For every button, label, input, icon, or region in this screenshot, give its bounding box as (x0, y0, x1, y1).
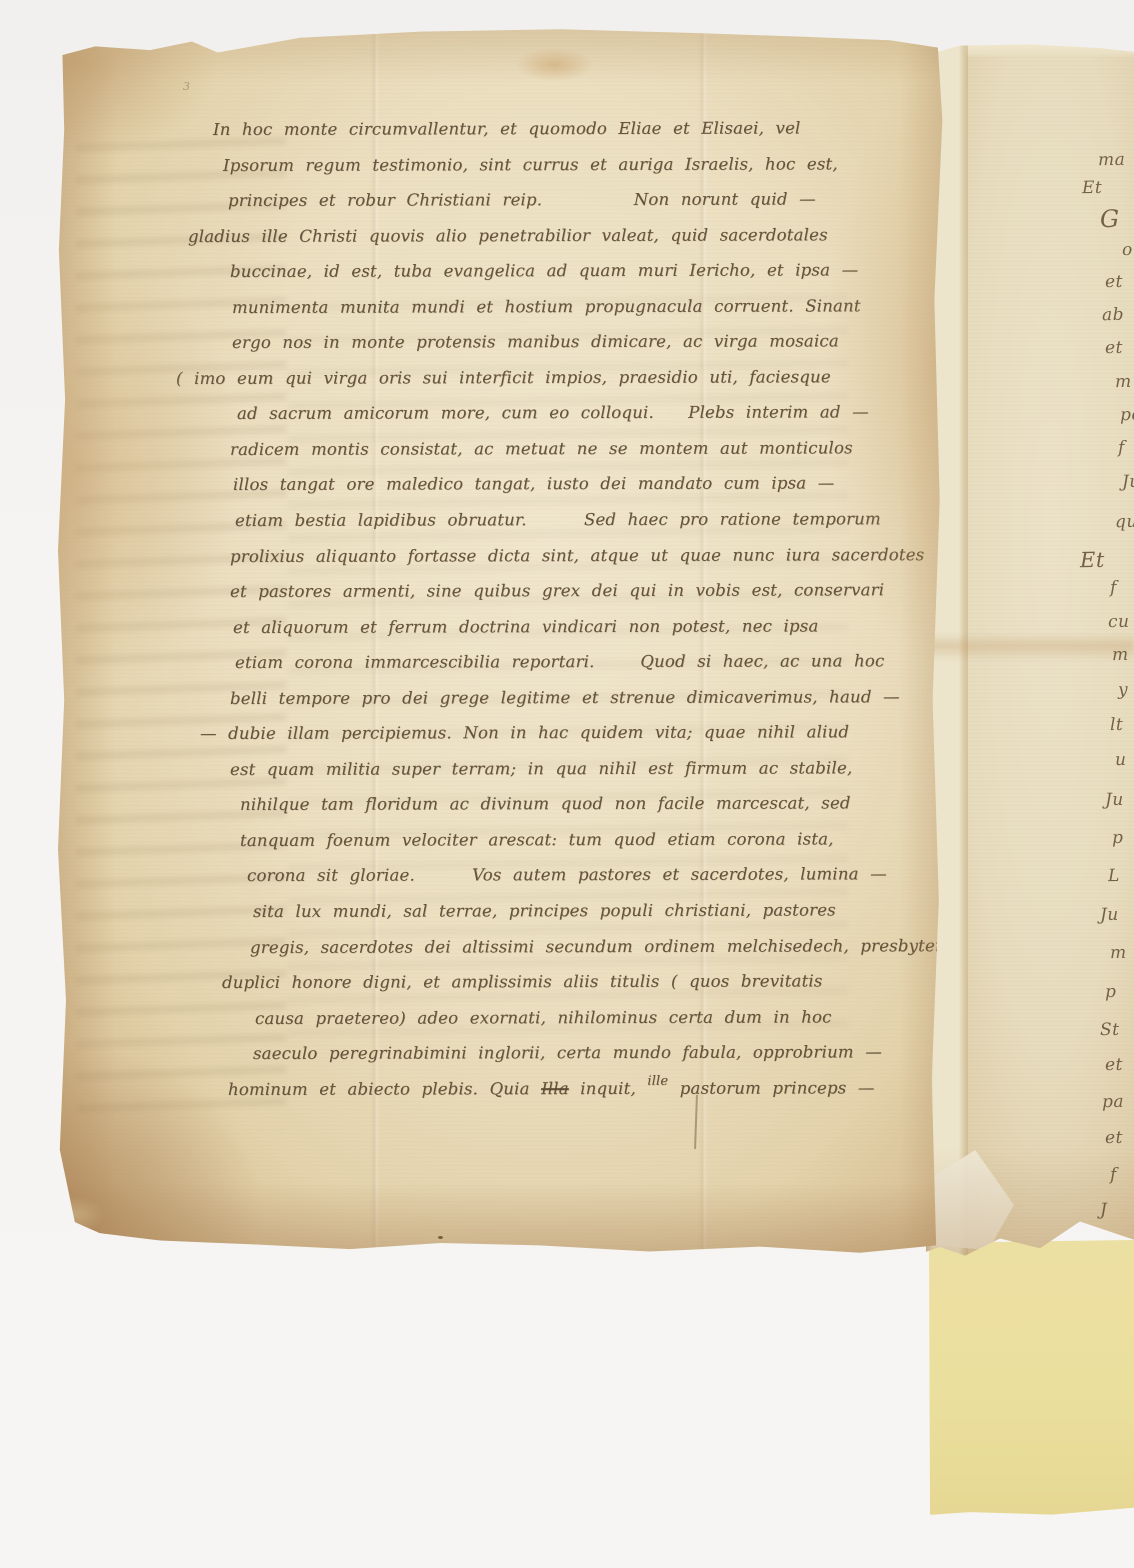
adjacent-page-fold-stain (926, 634, 1134, 660)
line-fragment: u (1115, 750, 1127, 770)
adjacent-page: ma Et G o et ab et m pe f Ju qu Et f cu … (926, 42, 1134, 1258)
superscript-correction: ille (647, 1074, 668, 1089)
line-fragment: cu (1108, 612, 1130, 632)
line-text: inquit, (569, 1079, 648, 1098)
manuscript-line: causa praetereo) adeo exornati, nihilomi… (255, 999, 942, 1036)
line-fragment: et (1105, 272, 1123, 292)
ink-speck (438, 1236, 443, 1239)
manuscript-line: est quam militia super terram; in qua ni… (230, 750, 942, 787)
manuscript-line: gregis, sacerdotes dei altissimi secundu… (250, 928, 942, 965)
line-fragment: m (1112, 645, 1129, 665)
manuscript-line: prolixius aliquanto fortasse dicta sint,… (230, 537, 942, 574)
page-number: 3 (183, 80, 190, 93)
manuscript-page: 3 In hoc monte circumvallentur, et quomo… (58, 28, 945, 1254)
line-fragment: m (1110, 943, 1127, 963)
line-fragment: L (1108, 866, 1120, 886)
manuscript-line: etiam corona immarcescibilia reportari. … (235, 643, 942, 680)
manuscript-line: duplici honore digni, et amplissimis ali… (222, 963, 942, 1000)
line-fragment: o (1122, 240, 1133, 260)
line-fragment: Ju (1122, 472, 1134, 492)
line-fragment: y (1118, 680, 1128, 700)
manuscript-line: principes et robur Christiani reip. Non … (228, 181, 942, 218)
line-fragment: Ju (1100, 905, 1119, 925)
handwritten-text-block: In hoc monte circumvallentur, et quomodo… (222, 112, 942, 1107)
line-fragment: f (1110, 1165, 1117, 1185)
manuscript-line: ( imo eum qui virga oris sui interficit … (176, 359, 942, 397)
line-fragment: ab (1102, 305, 1124, 325)
manuscript-line: sita lux mundi, sal terrae, principes po… (253, 892, 942, 929)
line-fragment: et (1105, 1055, 1123, 1075)
line-fragment: pe (1120, 405, 1134, 425)
manuscript-line: radicem montis consistat, ac metuat ne s… (230, 430, 942, 467)
line-fragment: p (1112, 828, 1124, 848)
manuscript-line: et pastores armenti, sine quibus grex de… (230, 572, 942, 609)
line-fragment: J (1100, 1200, 1108, 1220)
line-fragment: et (1105, 1128, 1123, 1148)
manuscript-line: munimenta munita mundi et hostium propug… (232, 288, 942, 325)
line-fragment: f (1110, 578, 1117, 598)
line-fragment: St (1100, 1020, 1120, 1040)
line-fragment: f (1118, 438, 1125, 458)
line-fragment: qu (1115, 512, 1134, 532)
line-fragment: pa (1102, 1092, 1124, 1112)
yellow-insert-sheet (929, 1240, 1134, 1516)
manuscript-line: etiam bestia lapidibus obruatur. Sed hae… (235, 501, 942, 538)
manuscript-line: saeculo peregrinabimini inglorii, certa … (253, 1034, 942, 1071)
line-fragment: Et (1082, 178, 1103, 198)
line-fragment: lt (1110, 715, 1124, 735)
line-fragment: Et (1080, 548, 1105, 572)
manuscript-line: buccinae, id est, tuba evangelica ad qua… (230, 252, 942, 289)
line-fragment: ma (1098, 150, 1126, 170)
line-fragment: m (1115, 372, 1132, 392)
manuscript-line: gladius ille Christi quovis alio penetra… (188, 217, 942, 255)
manuscript-line: Ipsorum regum testimonio, sint currus et… (223, 146, 942, 183)
manuscript-line: et aliquorum et ferrum doctrina vindicar… (233, 608, 942, 645)
manuscript-line: illos tangat ore maledico tangat, iusto … (233, 466, 942, 503)
manuscript-line-with-correction: hominum et abiecto plebis. Quia Illa inq… (228, 1070, 942, 1107)
line-fragment: et (1105, 338, 1123, 358)
manuscript-line: corona sit gloriae. Vos autem pastores e… (247, 857, 942, 894)
line-fragment: Ju (1105, 790, 1124, 810)
line-fragment: p (1105, 982, 1117, 1002)
manuscript-line: tanquam foenum velociter arescat: tum qu… (240, 821, 942, 858)
manuscript-line: — dubie illam percipiemus. Non in hac qu… (200, 714, 942, 751)
line-fragment: G (1100, 205, 1120, 233)
line-text: hominum et abiecto plebis. Quia (228, 1079, 541, 1099)
line-text: pastorum princeps — (668, 1078, 874, 1098)
scanner-background: { "scan": { "background_color": "#f4f2f0… (0, 0, 1134, 1568)
manuscript-line: In hoc monte circumvallentur, et quomodo… (213, 110, 942, 147)
struck-word: Illa (541, 1079, 569, 1098)
manuscript-line: nihilque tam floridum ac divinum quod no… (240, 786, 942, 823)
manuscript-line: ad sacrum amicorum more, cum eo colloqui… (237, 395, 942, 432)
manuscript-line: belli tempore pro dei grege legitime et … (230, 679, 942, 716)
manuscript-line: ergo nos in monte protensis manibus dimi… (232, 323, 942, 360)
